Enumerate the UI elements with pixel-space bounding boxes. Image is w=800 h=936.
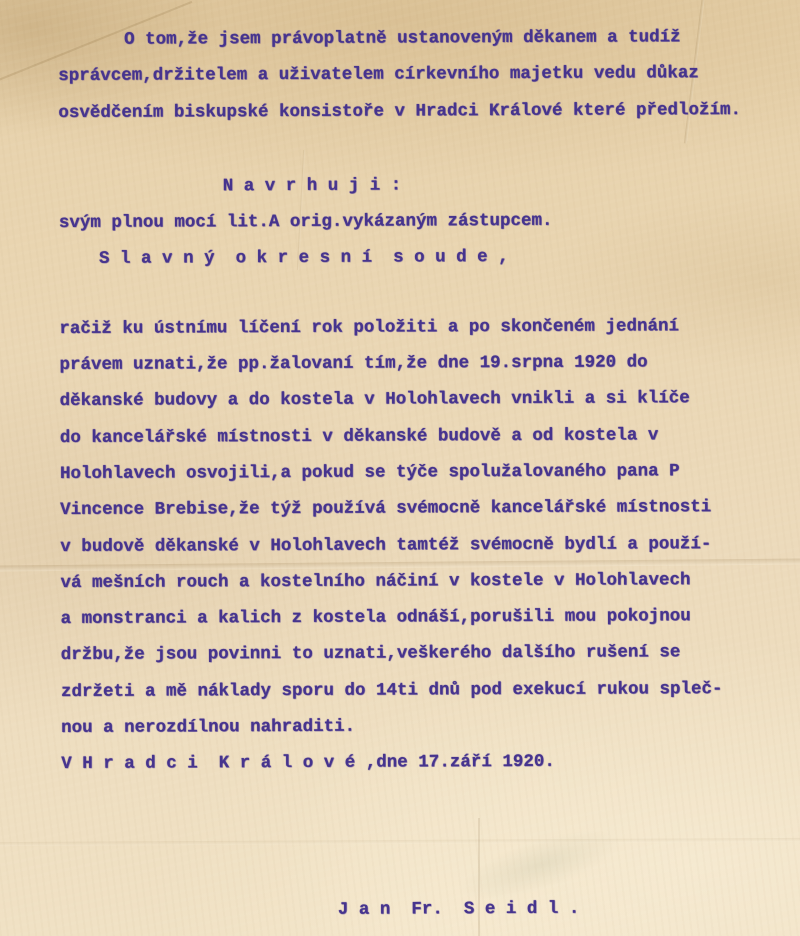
signature: J a n Fr. S e i d l . bbox=[62, 889, 786, 928]
typed-line: a monstranci a kalich z kostela odnáší,p… bbox=[61, 598, 785, 637]
proposal-heading: N a v r h u j i : bbox=[59, 166, 783, 205]
typed-line: nou a nerozdílnou nahraditi. bbox=[61, 707, 785, 746]
typed-line: Holohlavech osvojili,a pokud se týče spo… bbox=[60, 453, 784, 492]
typed-line: zdržeti a mě náklady sporu do 14ti dnů p… bbox=[61, 671, 785, 710]
typed-line: račiž ku ústnímu líčení rok položiti a p… bbox=[59, 308, 783, 347]
typed-line: svým plnou mocí lit.A orig.vykázaným zás… bbox=[59, 202, 783, 241]
place-date-line: V H r a d c i K r á l o v é ,dne 17.září… bbox=[61, 743, 785, 782]
document-page: O tom,že jsem právoplatně ustanoveným dě… bbox=[0, 0, 800, 936]
typed-line: správcem,držitelem a uživatelem církevní… bbox=[58, 55, 782, 94]
typed-line: v budově děkanské v Holohlavech tamtéž s… bbox=[60, 525, 784, 564]
typed-line: Vincence Brebise,že týž používá svémocně… bbox=[60, 489, 784, 528]
typed-line: do kancelářské místnosti v děkanské budo… bbox=[60, 417, 784, 456]
typed-line: držbu,že jsou povinni to uznati,veškeréh… bbox=[61, 634, 785, 673]
typed-line: vá mešních rouch a kostelního náčiní v k… bbox=[60, 562, 784, 601]
typed-line: děkanské budovy a do kostela v Holohlave… bbox=[60, 380, 784, 419]
typed-line: osvědčením biskupské konsistoře v Hradci… bbox=[58, 91, 782, 130]
typed-line: právem uznati,že pp.žalovaní tím,že dne … bbox=[59, 344, 783, 383]
typed-line: O tom,že jsem právoplatně ustanoveným dě… bbox=[58, 19, 782, 58]
court-salutation: S l a v n ý o k r e s n í s o u d e , bbox=[59, 238, 783, 277]
typed-text-block: O tom,že jsem právoplatně ustanoveným dě… bbox=[58, 19, 786, 929]
